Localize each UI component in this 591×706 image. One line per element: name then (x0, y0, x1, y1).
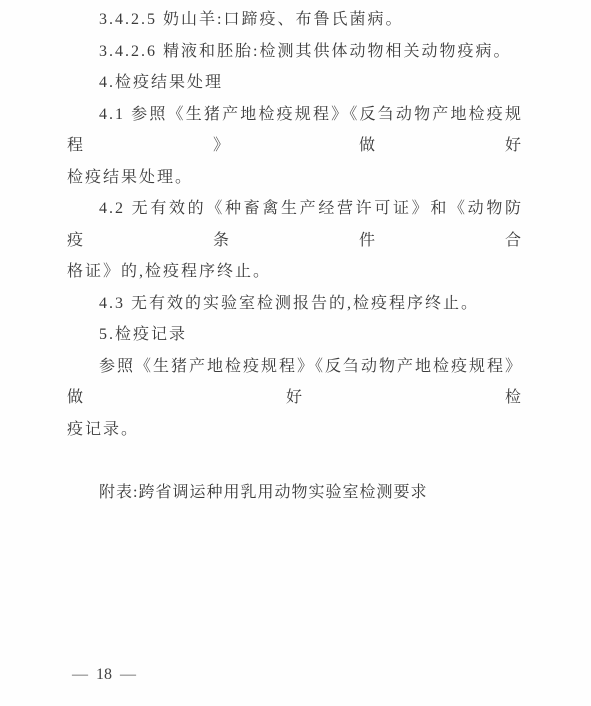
attachment-note: 附表:跨省调运种用乳用动物实验室检测要求 (67, 477, 523, 509)
para-3-4-2-5: 3.4.2.5 奶山羊:口蹄疫、布鲁氏菌病。 (67, 4, 523, 36)
footer-left-dash: — (72, 666, 88, 683)
para-4-1-line-1: 4.1 参照《生猪产地检疫规程》《反刍动物产地检疫规程》做好 (67, 99, 523, 162)
para-3-4-2-6: 3.4.2.6 精液和胚胎:检测其供体动物相关动物疫病。 (67, 36, 523, 68)
footer-right-dash: — (120, 666, 136, 683)
para-4-2-line-2: 格证》的,检疫程序终止。 (67, 256, 523, 288)
body-text-block: 3.4.2.5 奶山羊:口蹄疫、布鲁氏菌病。 3.4.2.6 精液和胚胎:检测其… (67, 4, 523, 508)
para-4-3: 4.3 无有效的实验室检测报告的,检疫程序终止。 (67, 288, 523, 320)
para-5-line-1: 参照《生猪产地检疫规程》《反刍动物产地检疫规程》做好检 (67, 351, 523, 414)
page-number: 18 (96, 666, 112, 683)
para-4-1-line-2: 检疫结果处理。 (67, 162, 523, 194)
heading-section-4: 4.检疫结果处理 (67, 67, 523, 99)
para-5-line-2: 疫记录。 (67, 414, 523, 446)
para-4-2-line-1: 4.2 无有效的《种畜禽生产经营许可证》和《动物防疫条件合 (67, 193, 523, 256)
document-page: 3.4.2.5 奶山羊:口蹄疫、布鲁氏菌病。 3.4.2.6 精液和胚胎:检测其… (0, 0, 591, 706)
heading-section-5: 5.检疫记录 (67, 319, 523, 351)
page-number-footer: —18— (72, 666, 136, 684)
